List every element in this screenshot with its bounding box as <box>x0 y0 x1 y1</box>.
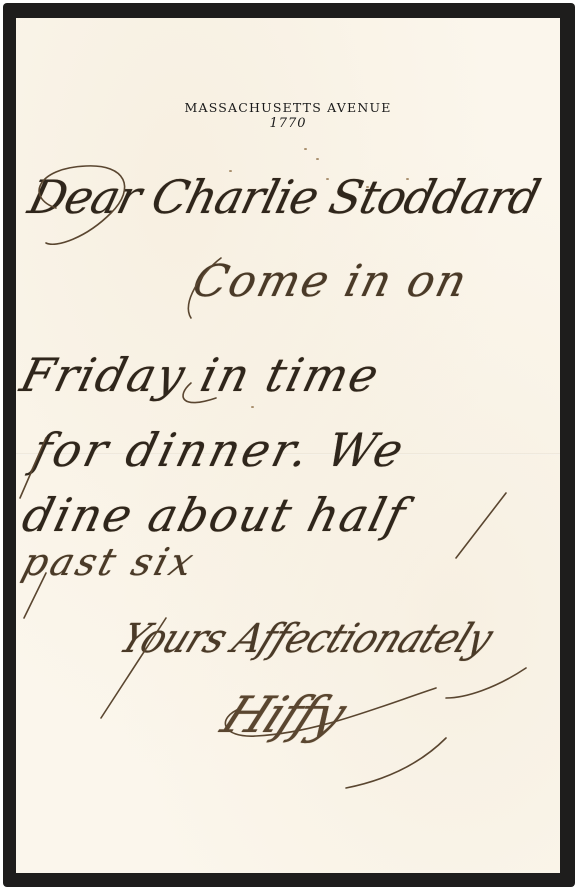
letter-paper: MASSACHUSETTS AVENUE 1770 Dear Charlie S… <box>16 18 560 873</box>
letter-salutation: Dear Charlie Stoddard <box>23 170 545 224</box>
letter-closing: Yours Affectionately <box>113 616 499 662</box>
letter-line-4: dine about half <box>17 488 412 542</box>
mourning-card-border: MASSACHUSETTS AVENUE 1770 Dear Charlie S… <box>3 3 575 887</box>
letterhead-number: 1770 <box>16 116 560 132</box>
letter-signature: Hiffy <box>213 686 354 744</box>
letter-line-5: past six <box>18 540 202 584</box>
letter-line-2: Friday in time <box>16 348 386 402</box>
letterhead-street: MASSACHUSETTS AVENUE <box>16 100 560 116</box>
letter-line-3: for dinner. We <box>27 423 411 477</box>
letter-line-1: Come in on <box>188 256 474 307</box>
letterhead: MASSACHUSETTS AVENUE 1770 <box>16 100 560 132</box>
